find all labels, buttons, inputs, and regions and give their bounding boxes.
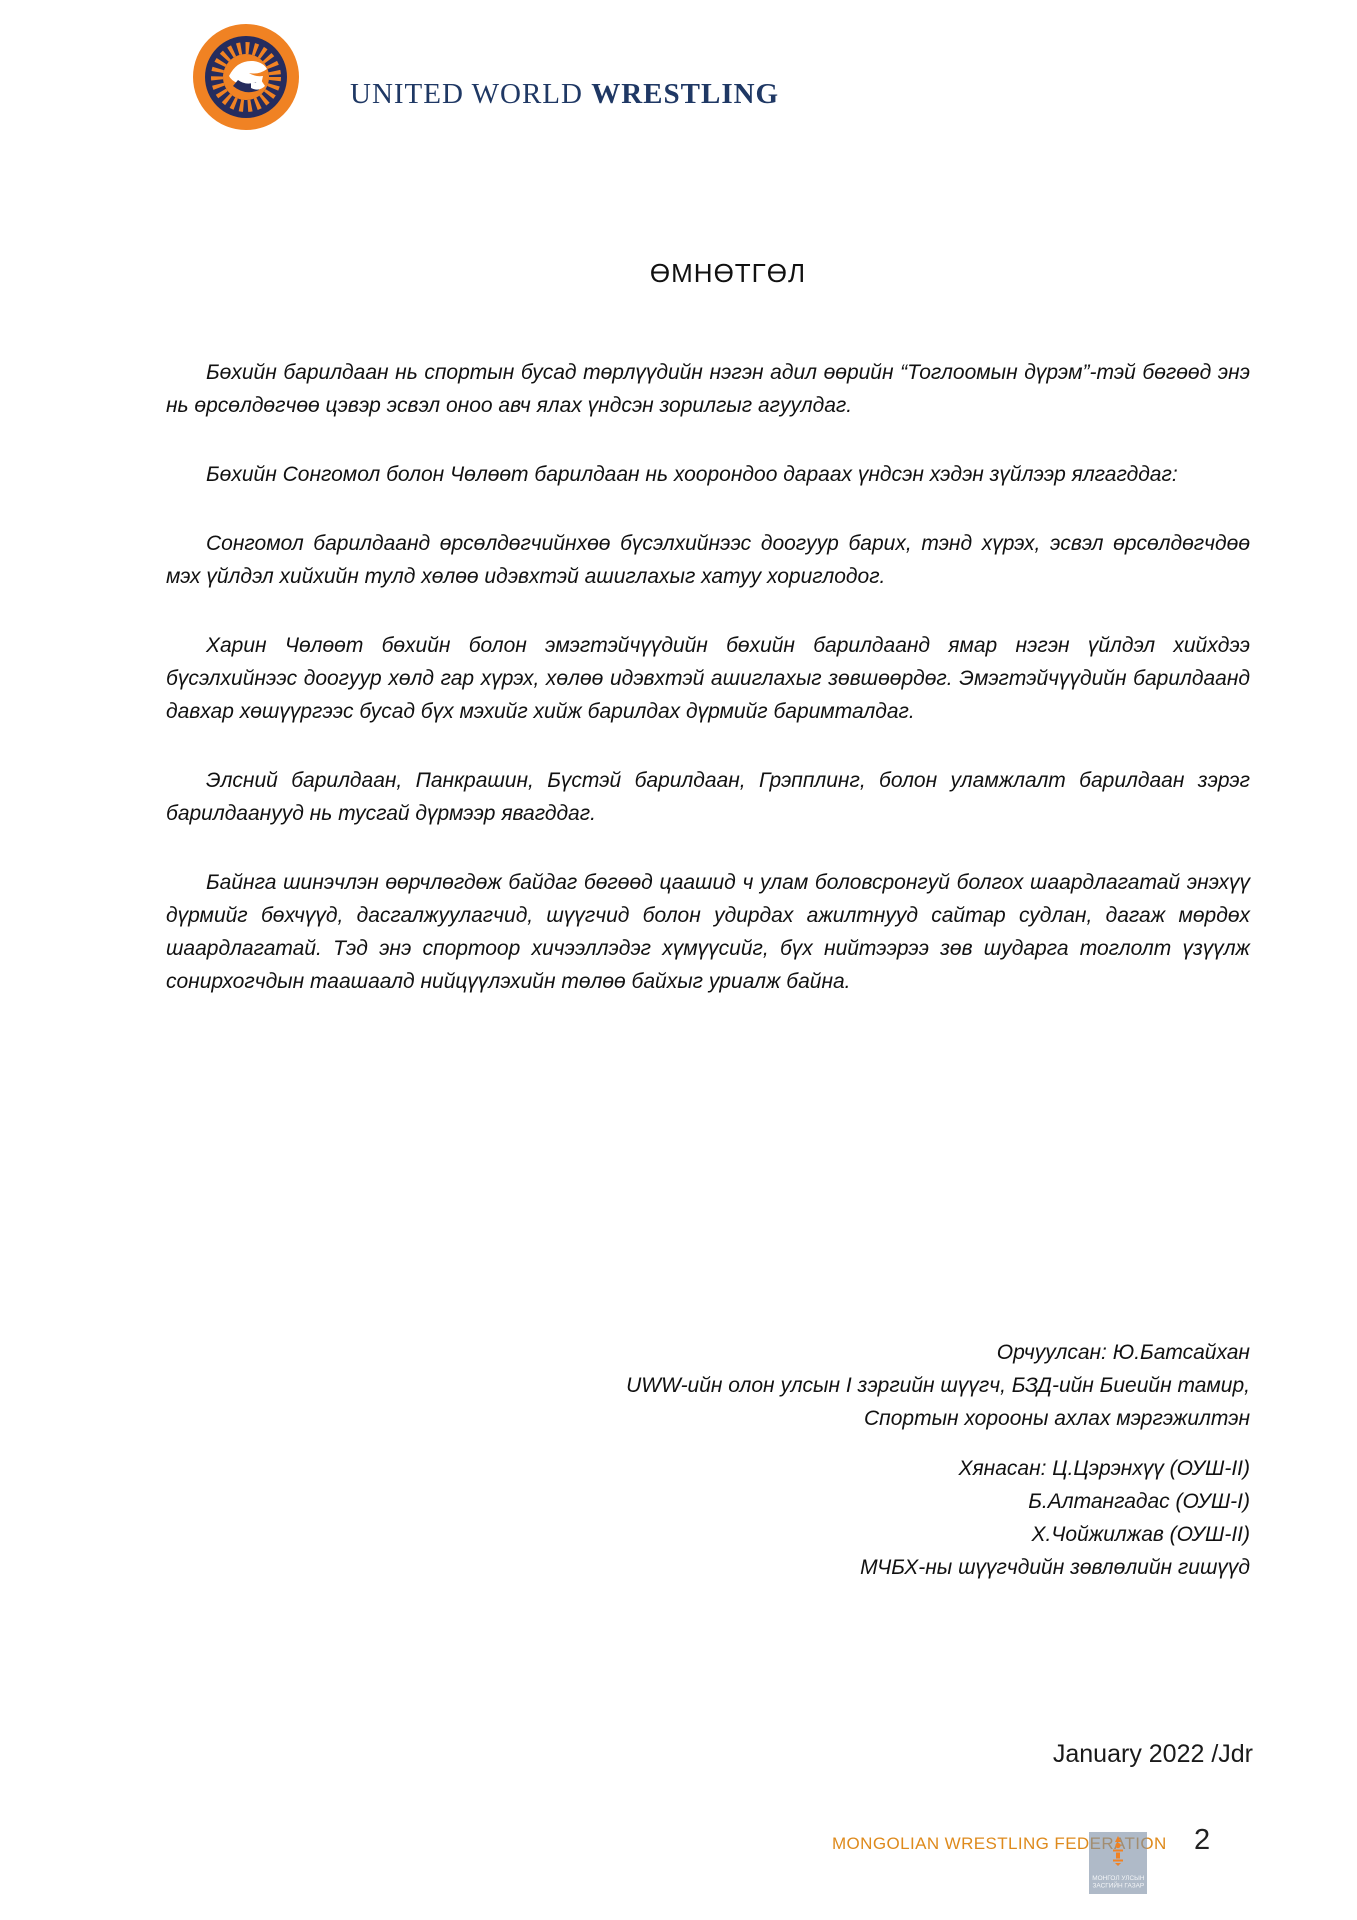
page-title: ӨМНӨТГӨЛ	[166, 258, 1250, 289]
reviewer-line-1: Хянасан: Ц.Цэрэнхүү (ОУШ-II)	[166, 1452, 1250, 1485]
mongolian-government-watermark: МОНГОЛ УЛСЫН ЗАСГИЙН ГАЗАР	[1089, 1832, 1147, 1894]
paragraph-6: Байнга шинэчлэн өөрчлөгдөж байдаг бөгөөд…	[166, 866, 1250, 998]
translator-line-3: Спортын хорооны ахлах мэргэжилтэн	[166, 1402, 1250, 1435]
translator-block: Орчуулсан: Ю.Батсайхан UWW-ийн олон улсы…	[166, 1336, 1250, 1435]
paragraph-5: Элсний барилдаан, Панкрашин, Бүстэй бари…	[166, 764, 1250, 830]
paragraph-2: Бөхийн Сонгомол болон Чөлөөт барилдаан н…	[166, 458, 1250, 491]
brand-united-world: UNITED WORLD	[350, 78, 591, 110]
paragraph-1: Бөхийн барилдаан нь спортын бусад төрлүү…	[166, 356, 1250, 422]
brand-wrestling: WRESTLING	[591, 78, 779, 110]
reviewers-block: Хянасан: Ц.Цэрэнхүү (ОУШ-II) Б.Алтангада…	[166, 1452, 1250, 1584]
document-page: UNITED WORLD WRESTLING ӨМНӨТГӨЛ Бөхийн б…	[0, 0, 1357, 1920]
date-line: January 2022 /Jdr	[166, 1740, 1253, 1769]
watermark-line-1: МОНГОЛ УЛСЫН	[1092, 1876, 1144, 1883]
translator-line-1: Орчуулсан: Ю.Батсайхан	[166, 1336, 1250, 1369]
reviewer-line-3: Х.Чойжилжав (ОУШ-II)	[166, 1518, 1250, 1551]
page-number: 2	[1194, 1824, 1210, 1857]
document-body: Бөхийн барилдаан нь спортын бусад төрлүү…	[166, 356, 1250, 1034]
reviewer-line-2: Б.Алтангадас (ОУШ-I)	[166, 1485, 1250, 1518]
paragraph-3: Сонгомол барилдаанд өрсөлдөгчийнхөө бүсэ…	[166, 527, 1250, 593]
wrestlers-emblem-icon	[193, 24, 299, 130]
translator-line-2: UWW-ийн олон улсын I зэргийн шүүгч, БЗД-…	[166, 1369, 1250, 1402]
watermark-line-2: ЗАСГИЙН ГАЗАР	[1092, 1883, 1144, 1890]
paragraph-4: Харин Чөлөөт бөхийн болон эмэгтэйчүүдийн…	[166, 629, 1250, 728]
brand-wordmark: UNITED WORLD WRESTLING	[350, 78, 779, 111]
reviewer-line-4: МЧБХ-ны шүүгчдийн зөвлөлийн гишүүд	[166, 1551, 1250, 1584]
united-world-wrestling-logo-icon	[193, 24, 299, 130]
soyombo-icon	[1110, 1836, 1126, 1866]
